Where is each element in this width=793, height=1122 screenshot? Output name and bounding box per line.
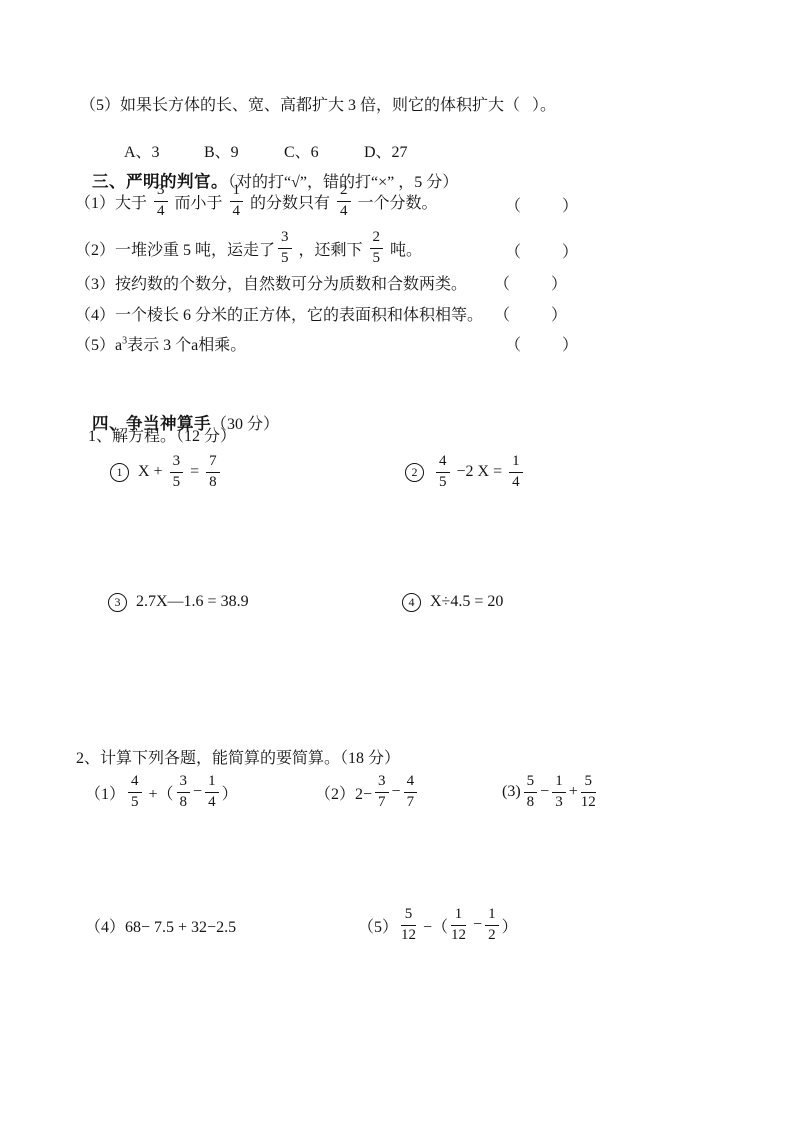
judgment-item-5: （5）a3表示 3 个a相乘。 [75, 332, 246, 355]
text-run: （2）2− [315, 781, 372, 804]
fraction: 24 [337, 182, 351, 220]
text-run: X÷4.5 = 20 [426, 593, 503, 611]
calculation-title: 2、计算下列各题，能简算的要简算。（18 分） [76, 745, 400, 768]
calc-problem-2: （2）2−37−47 [315, 770, 420, 814]
fraction: 512 [401, 906, 416, 944]
fraction: 45 [436, 453, 450, 491]
text-run: （5）a [75, 337, 122, 354]
text-run: + [569, 783, 578, 801]
fraction: 14 [205, 773, 219, 811]
fraction: 14 [230, 182, 244, 220]
document-page: （5）如果长方体的长、宽、高都扩大 3 倍，则它的体积扩大（ ）。 A、3B、9… [0, 0, 793, 1122]
calc-problem-1: （1）45 +（38−14） [85, 770, 238, 814]
fraction: 112 [451, 906, 466, 944]
text-run: − [540, 783, 549, 801]
judgment-item-2: （2）一堆沙重 5 吨，运走了35 ，还剩下 25 吨。 [75, 227, 422, 269]
fraction: 38 [177, 773, 191, 811]
text-run: 一个分数。 [354, 190, 438, 213]
choice-question-5: （5）如果长方体的长、宽、高都扩大 3 倍，则它的体积扩大（ ）。 [80, 92, 556, 115]
fraction: 14 [509, 453, 523, 491]
equation-3: 3 2.7X—1.6 = 38.9 [108, 591, 249, 613]
text-run: （4）一个棱长 6 分米的正方体，它的表面积和体积相等。 [75, 307, 483, 324]
judgment-answer-2: （ ） [505, 239, 579, 262]
text-run: （1） [85, 781, 125, 804]
fraction: 47 [404, 773, 418, 811]
text-run: （5） [358, 914, 398, 937]
text-run: （4）68− 7.5 + 32−2.5 [85, 914, 236, 937]
fraction: 12 [485, 906, 499, 944]
judgment-item-1: （1）大于 34 而小于 14 的分数只有 24 一个分数。 [75, 181, 438, 221]
text-run: − [392, 783, 401, 801]
equation-1: 1 X + 35 = 78 [110, 450, 223, 494]
text-run: 的分数只有 [246, 190, 334, 213]
judgment-item-3: （3）按约数的个数分，自然数可分为质数和合数两类。 [75, 271, 467, 294]
text-run: +（ [145, 781, 174, 804]
judgment-answer-3: （ ） [494, 271, 568, 294]
circled-number: 3 [108, 593, 127, 612]
circled-number: 1 [110, 463, 129, 482]
calc-problem-4: （4）68− 7.5 + 32−2.5 [85, 903, 236, 947]
fraction: 45 [128, 773, 142, 811]
circled-number: 4 [402, 593, 421, 612]
text-run: ） [502, 914, 518, 937]
fraction: 78 [206, 453, 220, 491]
text-run: − [193, 783, 202, 801]
fraction: 25 [370, 229, 384, 267]
text-run: (3) [502, 783, 521, 801]
judgment-answer-1: （ ） [505, 193, 579, 216]
fraction: 512 [581, 773, 596, 811]
text-run: ） [222, 781, 238, 804]
text-run: − [469, 916, 482, 934]
text-run: 吨。 [386, 237, 422, 260]
text-run: 而小于 [171, 190, 227, 213]
circled-number: 2 [405, 463, 424, 482]
calc-problem-3: (3)58−13+512 [502, 770, 599, 814]
fraction: 35 [170, 453, 184, 491]
text-run: （3）按约数的个数分，自然数可分为质数和合数两类。 [75, 276, 467, 293]
text-run: −2 X = [453, 463, 507, 481]
judgment-answer-4: （ ） [494, 302, 568, 325]
text-run: （1）大于 [75, 190, 151, 213]
fraction: 37 [375, 773, 389, 811]
equation-2: 2 45 −2 X = 14 [405, 450, 526, 494]
fraction: 34 [154, 182, 168, 220]
judgment-answer-5: （ ） [505, 332, 579, 355]
fraction: 35 [278, 229, 292, 267]
text-run: X + [134, 463, 167, 481]
fraction: 58 [524, 773, 538, 811]
solve-equations-title: 1、解方程。（12 分） [88, 423, 236, 446]
text-run: −（ [419, 914, 448, 937]
text-run: = [186, 463, 203, 481]
text-run: 2.7X—1.6 = 38.9 [132, 593, 249, 611]
text-run: （2）一堆沙重 5 吨，运走了 [75, 237, 275, 260]
equation-4: 4 X÷4.5 = 20 [402, 591, 503, 613]
judgment-item-4: （4）一个棱长 6 分米的正方体，它的表面积和体积相等。 [75, 302, 483, 325]
calc-problem-5: （5）512 −（112 −12） [358, 903, 518, 947]
text-run: ，还剩下 [295, 237, 367, 260]
fraction: 13 [552, 773, 566, 811]
text-run: 表示 3 个a相乘。 [127, 337, 246, 354]
text-run [429, 463, 433, 481]
